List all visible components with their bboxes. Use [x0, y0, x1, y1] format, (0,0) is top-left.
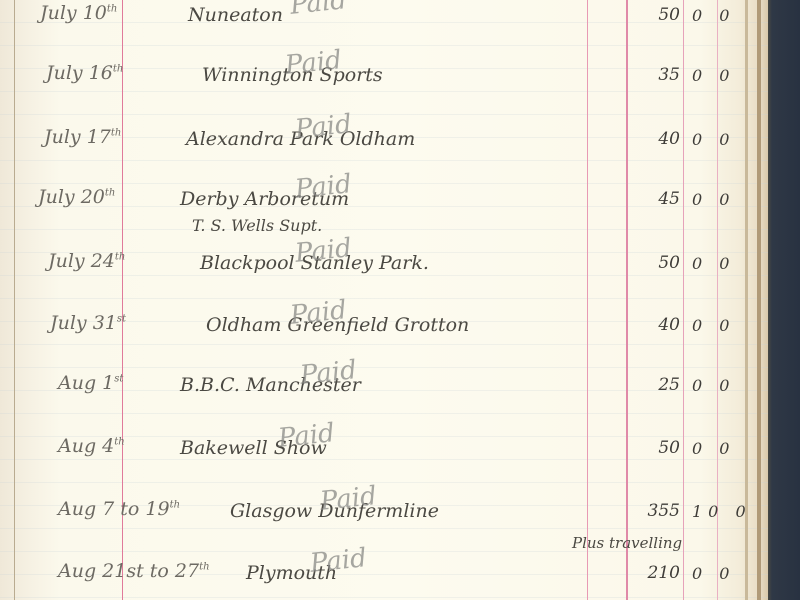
- entry-date-text: July 16: [46, 62, 113, 84]
- entry-date-text: Aug 21st to 27: [58, 560, 199, 582]
- entry-shillings-pence: 0 0: [692, 254, 735, 273]
- entry-shillings-pence: 0 0: [692, 316, 735, 335]
- paid-signature: Paid: [319, 481, 379, 517]
- entry-date: July 16th: [46, 62, 123, 84]
- entry-date: Aug 21st to 27th: [58, 560, 210, 582]
- entry-subnote: T. S. Wells Supt.: [192, 216, 322, 235]
- column-divider: [683, 0, 684, 600]
- entry-date-suffix: st: [117, 314, 126, 325]
- entry-date: July 10th: [40, 2, 117, 24]
- entry-date-suffix: th: [105, 188, 115, 199]
- paid-signature: Paid: [299, 355, 359, 391]
- paid-signature: Paid: [289, 295, 349, 331]
- spine-line: [14, 0, 15, 600]
- entry-pounds: 50: [628, 253, 680, 273]
- entry-pounds: 50: [628, 5, 680, 25]
- paid-signature: Paid: [309, 543, 369, 579]
- entry-shillings-pence: 0 0: [692, 439, 735, 458]
- entry-date: July 31st: [50, 312, 126, 334]
- entry-date-text: Aug 4: [58, 435, 114, 457]
- entry-pounds: 210: [628, 563, 680, 583]
- entry-shillings-pence: 0 0: [692, 66, 735, 85]
- entry-date-suffix: th: [199, 562, 209, 573]
- entry-pounds: 45: [628, 189, 680, 209]
- ledger-page: July 10thNuneatonPaid500 0July 16thWinni…: [0, 0, 768, 600]
- entry-date: July 17th: [44, 126, 121, 148]
- entry-date-text: July 17: [44, 126, 111, 148]
- entry-pounds: 40: [628, 315, 680, 335]
- entry-pounds: 25: [628, 375, 680, 395]
- entry-date-text: July 24: [48, 250, 115, 272]
- entry-date-text: Aug 1: [58, 372, 114, 394]
- entry-engagement: Nuneaton: [188, 4, 283, 26]
- entry-date-suffix: th: [170, 500, 180, 511]
- paid-signature: Paid: [284, 45, 344, 81]
- entry-date: Aug 4th: [58, 435, 125, 457]
- paid-signature: Paid: [294, 169, 354, 205]
- entry-pounds: 35: [628, 65, 680, 85]
- entry-date-suffix: th: [114, 437, 124, 448]
- entry-shillings-pence: 0 0: [692, 564, 735, 583]
- entry-date-text: July 31: [50, 312, 117, 334]
- entry-date-text: Aug 7 to 19: [58, 498, 170, 520]
- entry-shillings-pence: 10 0: [692, 502, 752, 521]
- entry-shillings-pence: 0 0: [692, 6, 735, 25]
- entry-shillings-pence: 0 0: [692, 376, 735, 395]
- column-divider: [587, 0, 588, 600]
- page-edge: [757, 0, 761, 600]
- entry-date: July 24th: [48, 250, 125, 272]
- entry-date: Aug 1st: [58, 372, 123, 394]
- entry-date-suffix: th: [111, 128, 121, 139]
- entry-shillings-pence: 0 0: [692, 130, 735, 149]
- entry-date-text: July 20: [38, 186, 105, 208]
- entry-date-text: July 10: [40, 2, 107, 24]
- entry-pounds: 50: [628, 438, 680, 458]
- entry-date: Aug 7 to 19th: [58, 498, 180, 520]
- entry-note: Plus travelling: [572, 534, 682, 552]
- paid-signature: Paid: [294, 109, 354, 145]
- paid-signature: Paid: [294, 233, 354, 269]
- book-cover: [768, 0, 800, 600]
- entry-date-suffix: th: [107, 4, 117, 15]
- paid-signature: Paid: [277, 418, 337, 454]
- entry-pounds: 355: [628, 501, 680, 521]
- entry-date: July 20th: [38, 186, 115, 208]
- entry-shillings-pence: 0 0: [692, 190, 735, 209]
- entry-pounds: 40: [628, 129, 680, 149]
- entry-date-suffix: th: [113, 64, 123, 75]
- entry-date-suffix: th: [115, 252, 125, 263]
- entry-date-suffix: st: [114, 374, 123, 385]
